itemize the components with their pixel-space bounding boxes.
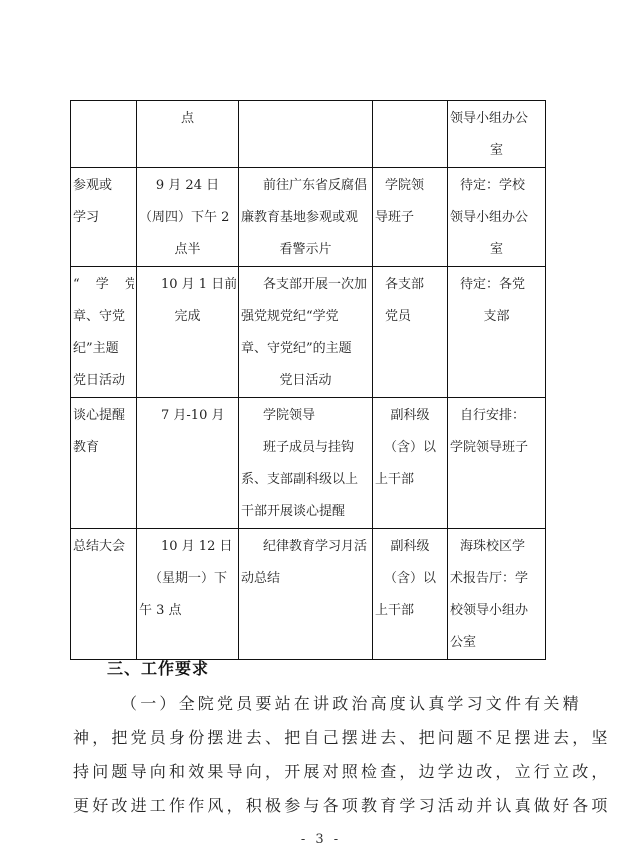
cell-line: 前往广东省反腐倡 <box>241 170 370 202</box>
cell-line: 章、守党纪”的主题 <box>241 333 370 365</box>
cell-line: 班子成员与挂钩 <box>241 432 370 464</box>
paragraph-line: （一）全院党员要站在讲政治高度认真学习文件有关精 <box>73 687 573 721</box>
cell-time: 10 月 12 日 （星期一）下 午 3 点 <box>137 529 239 660</box>
cell-line: 教育 <box>73 432 134 464</box>
cell-content: 学院领导 班子成员与挂钩 系、支部副科级以上 干部开展谈心提醒 <box>239 398 373 529</box>
document-page: 点 领导小组办公 室 参观或 学习 9 月 24 日 （周四）下午 2 点半 前… <box>0 0 642 857</box>
cell-line: 午 3 点 <box>139 595 236 627</box>
cell-line: 海珠校区学 <box>450 531 543 563</box>
cell-participants <box>373 101 448 168</box>
cell-line: 室 <box>450 234 543 266</box>
cell-line: 廉教育基地参观或观 <box>241 202 370 234</box>
cell-line: 10 月 12 日 <box>139 531 236 563</box>
cell-line: 系、支部副科级以上 <box>241 464 370 496</box>
cell-line: （含）以 <box>375 563 445 595</box>
cell-line: 学习 <box>73 202 134 234</box>
cell-line: “ 学 党 <box>73 269 134 301</box>
cell-content: 各支部开展一次加 强党规党纪“学党 章、守党纪”的主题 党日活动 <box>239 267 373 398</box>
cell-line: 学院领导班子 <box>450 432 543 464</box>
table-row: “ 学 党 章、守党 纪”主题 党日活动 10 月 1 日前 完成 各支部开展一… <box>71 267 546 398</box>
cell-content: 前往广东省反腐倡 廉教育基地参观或观 看警示片 <box>239 168 373 267</box>
cell-content <box>239 101 373 168</box>
cell-line: 校领导小组办 <box>450 595 543 627</box>
cell-location: 海珠校区学 术报告厅：学 校领导小组办 公室 <box>448 529 546 660</box>
cell-line: 术报告厅：学 <box>450 563 543 595</box>
cell-line: 副科级 <box>375 531 445 563</box>
table-row: 谈心提醒 教育 7 月-10 月 学院领导 班子成员与挂钩 系、支部副科级以上 … <box>71 398 546 529</box>
cell-line: 党员 <box>375 301 445 333</box>
activity-schedule-table: 点 领导小组办公 室 参观或 学习 9 月 24 日 （周四）下午 2 点半 前… <box>70 100 546 660</box>
cell-line: 公室 <box>450 627 543 659</box>
table-row: 参观或 学习 9 月 24 日 （周四）下午 2 点半 前往广东省反腐倡 廉教育… <box>71 168 546 267</box>
cell-line: 章、守党 <box>73 301 134 333</box>
cell-line: 7 月-10 月 <box>139 400 236 432</box>
cell-participants: 各支部 党员 <box>373 267 448 398</box>
cell-line: （星期一）下 <box>139 563 236 595</box>
cell-line: 动总结 <box>241 563 370 595</box>
cell-participants: 副科级 （含）以 上干部 <box>373 398 448 529</box>
body-paragraph: （一）全院党员要站在讲政治高度认真学习文件有关精 神，把党员身份摆进去、把自己摆… <box>73 687 573 823</box>
cell-line: 支部 <box>450 301 543 333</box>
table-row: 点 领导小组办公 室 <box>71 101 546 168</box>
cell-line: 点半 <box>139 234 236 266</box>
cell-line: 总结大会 <box>73 531 134 563</box>
cell-activity: “ 学 党 章、守党 纪”主题 党日活动 <box>71 267 137 398</box>
cell-line: 纪律教育学习月活 <box>241 531 370 563</box>
cell-line: 干部开展谈心提醒 <box>241 496 370 528</box>
cell-time: 9 月 24 日 （周四）下午 2 点半 <box>137 168 239 267</box>
cell-line: 自行安排： <box>450 400 543 432</box>
cell-line: 领导小组办公 <box>450 103 543 135</box>
cell-line: 待定：学校 <box>450 170 543 202</box>
cell-time: 10 月 1 日前 完成 <box>137 267 239 398</box>
cell-line: （周四）下午 2 <box>139 202 236 234</box>
cell-line: 学院领导 <box>241 400 370 432</box>
cell-line: 党日活动 <box>73 365 134 397</box>
cell-participants: 副科级 （含）以 上干部 <box>373 529 448 660</box>
cell-line: 9 月 24 日 <box>139 170 236 202</box>
cell-line: 参观或 <box>73 170 134 202</box>
cell-line: 完成 <box>139 301 236 333</box>
section-heading: 三、工作要求 <box>107 656 209 679</box>
cell-content: 纪律教育学习月活 动总结 <box>239 529 373 660</box>
cell-line: 看警示片 <box>241 234 370 266</box>
cell-line: 党日活动 <box>241 365 370 397</box>
cell-location: 领导小组办公 室 <box>448 101 546 168</box>
cell-activity: 总结大会 <box>71 529 137 660</box>
cell-line: 待定：各党 <box>450 269 543 301</box>
cell-location: 待定：学校 领导小组办公 室 <box>448 168 546 267</box>
table-row: 总结大会 10 月 12 日 （星期一）下 午 3 点 纪律教育学习月活 动总结… <box>71 529 546 660</box>
page-number: - 3 - <box>0 832 642 847</box>
cell-line: 各支部开展一次加 <box>241 269 370 301</box>
cell-time: 7 月-10 月 <box>137 398 239 529</box>
cell-line: 谈心提醒 <box>73 400 134 432</box>
cell-line: 纪”主题 <box>73 333 134 365</box>
cell-line: 上干部 <box>375 464 445 496</box>
cell-line: 导班子 <box>375 202 445 234</box>
cell-line: 强党规党纪“学党 <box>241 301 370 333</box>
cell-line: 学院领 <box>375 170 445 202</box>
cell-activity: 谈心提醒 教育 <box>71 398 137 529</box>
cell-line: 10 月 1 日前 <box>139 269 236 301</box>
cell-line: 点 <box>139 103 236 135</box>
cell-line: 副科级 <box>375 400 445 432</box>
cell-line: 各支部 <box>375 269 445 301</box>
cell-activity: 参观或 学习 <box>71 168 137 267</box>
cell-location: 自行安排： 学院领导班子 <box>448 398 546 529</box>
cell-location: 待定：各党 支部 <box>448 267 546 398</box>
paragraph-line: 更好改进工作作风，积极参与各项教育学习活动并认真做好各项 <box>73 789 573 823</box>
cell-line: （含）以 <box>375 432 445 464</box>
cell-line: 室 <box>450 135 543 167</box>
cell-line: 领导小组办公 <box>450 202 543 234</box>
cell-time: 点 <box>137 101 239 168</box>
cell-line: 上干部 <box>375 595 445 627</box>
cell-activity <box>71 101 137 168</box>
paragraph-line: 神，把党员身份摆进去、把自己摆进去、把问题不足摆进去，坚 <box>73 721 573 755</box>
cell-participants: 学院领 导班子 <box>373 168 448 267</box>
paragraph-line: 持问题导向和效果导向，开展对照检查，边学边改，立行立改， <box>73 755 573 789</box>
